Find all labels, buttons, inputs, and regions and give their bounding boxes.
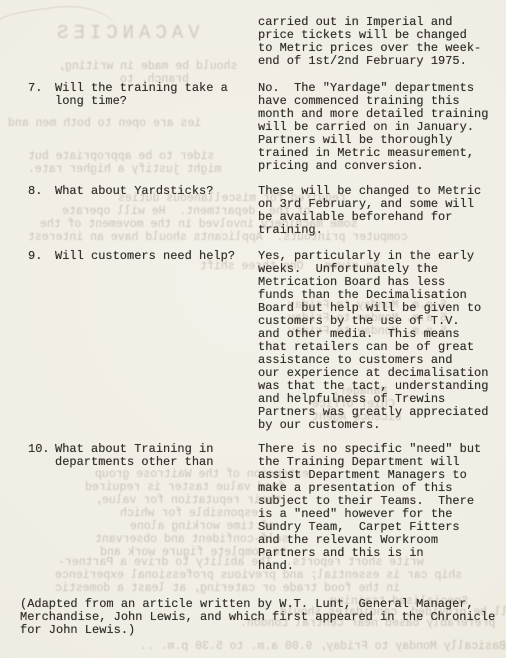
answer-line: by our customers. [258,419,506,432]
answer-text: No. The "Yardage" departmentshave commen… [258,82,506,173]
question-number: 7. [28,82,55,95]
continuation-paragraph: carried out in Imperial andprice tickets… [258,16,481,68]
answer-line: training. [258,224,506,237]
answer-line: Partners and this is in [258,547,506,560]
answer-line: hand. [258,560,506,573]
typewritten-content: carried out in Imperial andprice tickets… [0,0,506,658]
qa-row: 10.What about Training indepartments oth… [0,443,506,573]
question-line: What about Yardsticks? [55,185,258,198]
answer-text: Yes, particularly in the earlyweeks. Unf… [258,250,506,432]
continuation-line: end of 1st/2nd February 1975. [258,55,481,68]
question-text: Will the training take along time? [55,82,258,108]
question-text: What about Yardsticks? [55,185,258,198]
answer-text: There is no specific "need" butthe Train… [258,443,506,573]
attribution-note: (Adapted from an article written by W.T.… [20,598,495,637]
question-number: 9. [28,250,55,263]
answer-line: pricing and conversion. [258,160,506,173]
question-number: 10. [28,443,55,456]
question-line: long time? [55,95,258,108]
question-line: departments other than [55,456,258,469]
document-page: VACANCIESshould be made in writing,branc… [0,0,506,658]
question-text: What about Training indepartments other … [55,443,258,469]
qa-list: 7.Will the training take along time?No. … [0,82,506,573]
qa-row: 9.Will customers need help?Yes, particul… [0,250,506,432]
question-number: 8. [28,185,55,198]
answer-text: These will be changed to Metricon 3rd Fe… [258,185,506,237]
qa-row: 8.What about Yardsticks?These will be ch… [0,185,506,237]
question-line: Will customers need help? [55,250,258,263]
qa-row: 7.Will the training take along time?No. … [0,82,506,173]
attribution-line: for John Lewis.) [20,624,495,637]
question-text: Will customers need help? [55,250,258,263]
